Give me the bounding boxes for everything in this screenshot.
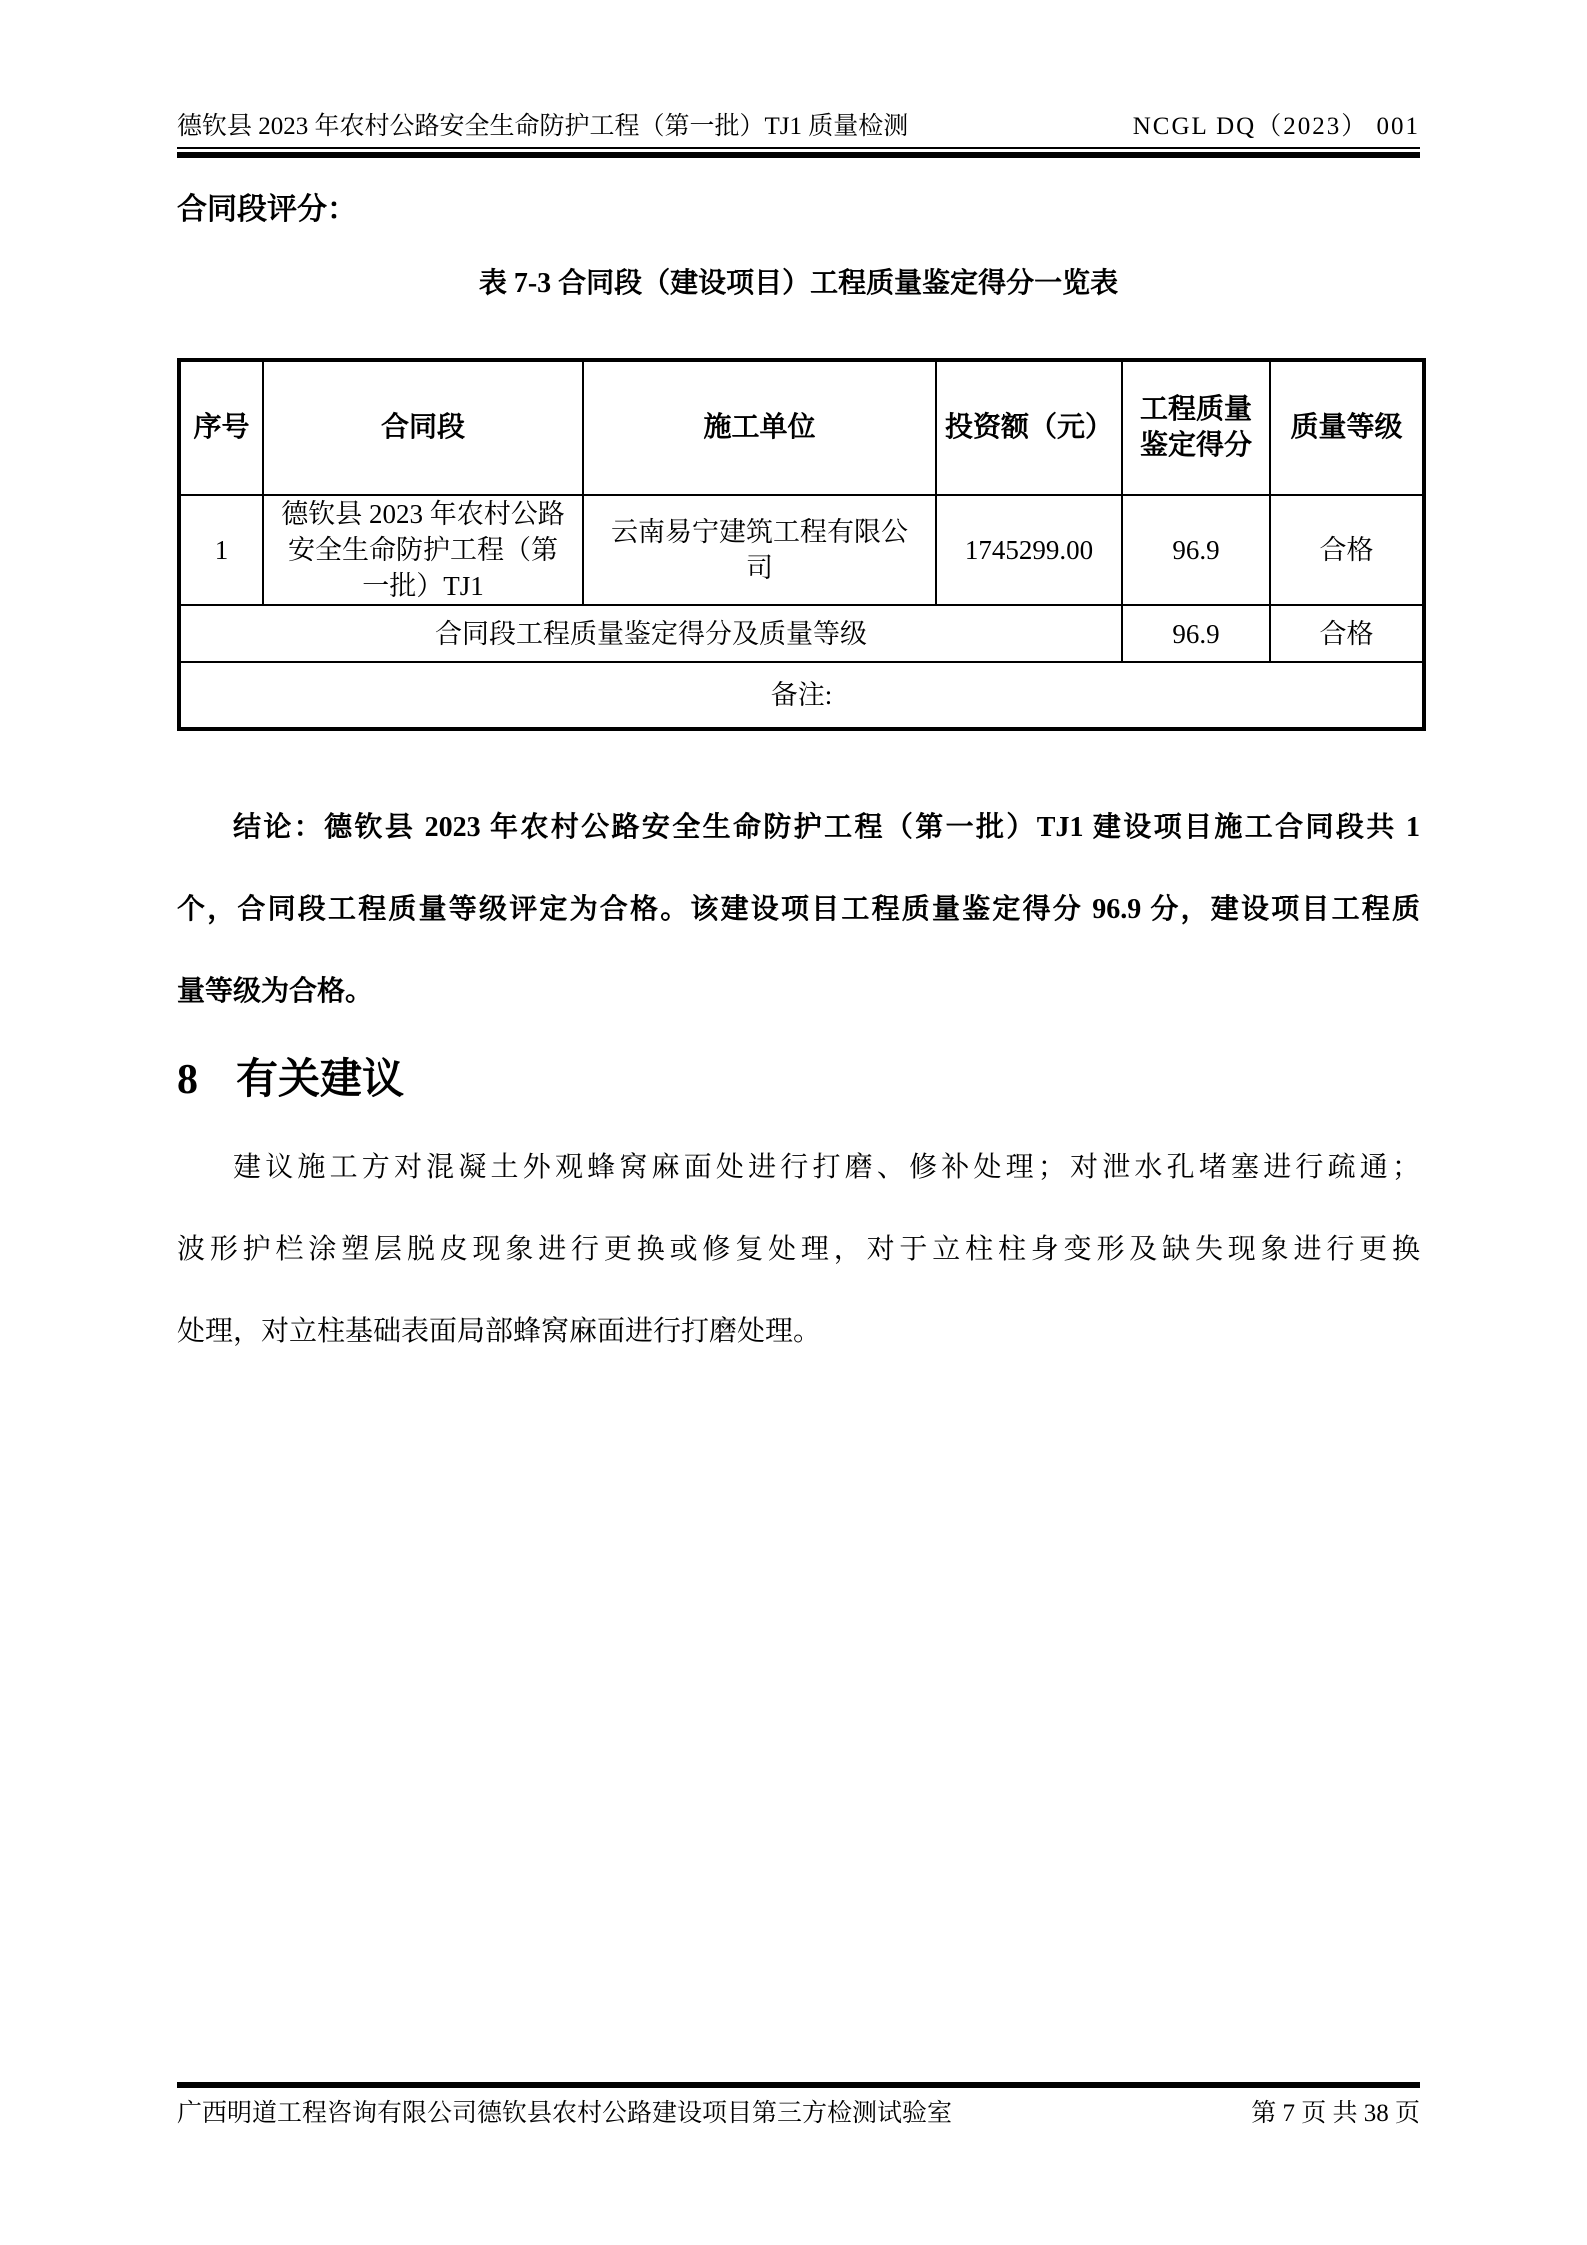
header-rule [177,147,1420,158]
header-rule-thick-line [177,152,1420,158]
cell-score: 96.9 [1122,495,1270,605]
cell-contractor-text: 云南易宁建筑工程有限公司 [608,514,912,586]
cell-grade: 合格 [1270,495,1424,605]
table-caption: 表 7-3 合同段（建设项目）工程质量鉴定得分一览表 [177,267,1420,301]
header-doc-number: NCGL DQ（2023） 001 [1133,112,1420,142]
header-cell-score: 工程质量鉴定得分 [1122,360,1270,495]
cell-index: 1 [179,495,263,605]
header-rule-thin-line [177,147,1420,149]
footer-rule [177,2082,1420,2088]
cell-contractor: 云南易宁建筑工程有限公司 [583,495,936,605]
summary-grade-cell: 合格 [1270,605,1424,662]
section-8-heading: 8 有关建议 [177,1050,404,1110]
conclusion-line-1: 结论：德钦县 2023 年农村公路安全生命防护工程（第一批）TJ1 建设项目施工… [177,787,1420,869]
conclusion-line-2: 个，合同段工程质量等级评定为合格。该建设项目工程质量鉴定得分 96.9 分，建设… [177,869,1420,951]
header-cell-index: 序号 [179,360,263,495]
footer-organization: 广西明道工程咨询有限公司德钦县农村公路建设项目第三方检测试验室 [177,2098,952,2130]
score-table: 序号 合同段 施工单位 投资额（元） 工程质量鉴定得分 质量等级 1 德钦县 2… [177,358,1426,731]
cell-investment: 1745299.00 [936,495,1122,605]
recommendation-line-3: 处理，对立柱基础表面局部蜂窝麻面进行打磨处理。 [177,1291,1420,1373]
header-cell-investment: 投资额（元） [936,360,1122,495]
cell-contract-section-text: 德钦县 2023 年农村公路安全生命防护工程（第一批）TJ1 [277,496,569,604]
section-8-title: 有关建议 [236,1050,404,1110]
page-footer: 广西明道工程咨询有限公司德钦县农村公路建设项目第三方检测试验室 第 7 页 共 … [177,2098,1420,2130]
remark-cell: 备注: [179,662,1424,729]
conclusion-line-3: 量等级为合格。 [177,951,1420,1033]
section-8-number: 8 [177,1050,198,1110]
recommendation-line-2: 波形护栏涂塑层脱皮现象进行更换或修复处理，对于立柱柱身变形及缺失现象进行更换 [177,1209,1420,1291]
header-project-title: 德钦县 2023 年农村公路安全生命防护工程（第一批）TJ1 质量检测 [177,112,908,142]
header-cell-score-text: 工程质量鉴定得分 [1137,392,1255,464]
table-row: 1 德钦县 2023 年农村公路安全生命防护工程（第一批）TJ1 云南易宁建筑工… [179,495,1424,605]
footer-page-number: 第 7 页 共 38 页 [1251,2098,1420,2130]
table-summary-row: 合同段工程质量鉴定得分及质量等级 96.9 合格 [179,605,1424,662]
header-cell-contractor: 施工单位 [583,360,936,495]
summary-score-cell: 96.9 [1122,605,1270,662]
table-header-row: 序号 合同段 施工单位 投资额（元） 工程质量鉴定得分 质量等级 [179,360,1424,495]
table-remark-row: 备注: [179,662,1424,729]
page-header: 德钦县 2023 年农村公路安全生命防护工程（第一批）TJ1 质量检测 NCGL… [177,112,1420,142]
header-cell-grade: 质量等级 [1270,360,1424,495]
summary-label-cell: 合同段工程质量鉴定得分及质量等级 [179,605,1122,662]
section-intro-label: 合同段评分： [177,192,357,228]
recommendation-line-1: 建议施工方对混凝土外观蜂窝麻面处进行打磨、修补处理；对泄水孔堵塞进行疏通； [177,1127,1420,1209]
document-page: 德钦县 2023 年农村公路安全生命防护工程（第一批）TJ1 质量检测 NCGL… [0,0,1587,2245]
cell-contract-section: 德钦县 2023 年农村公路安全生命防护工程（第一批）TJ1 [263,495,583,605]
conclusion-paragraph: 结论：德钦县 2023 年农村公路安全生命防护工程（第一批）TJ1 建设项目施工… [177,787,1420,1033]
recommendation-paragraph: 建议施工方对混凝土外观蜂窝麻面处进行打磨、修补处理；对泄水孔堵塞进行疏通； 波形… [177,1127,1420,1373]
header-cell-contract-section: 合同段 [263,360,583,495]
